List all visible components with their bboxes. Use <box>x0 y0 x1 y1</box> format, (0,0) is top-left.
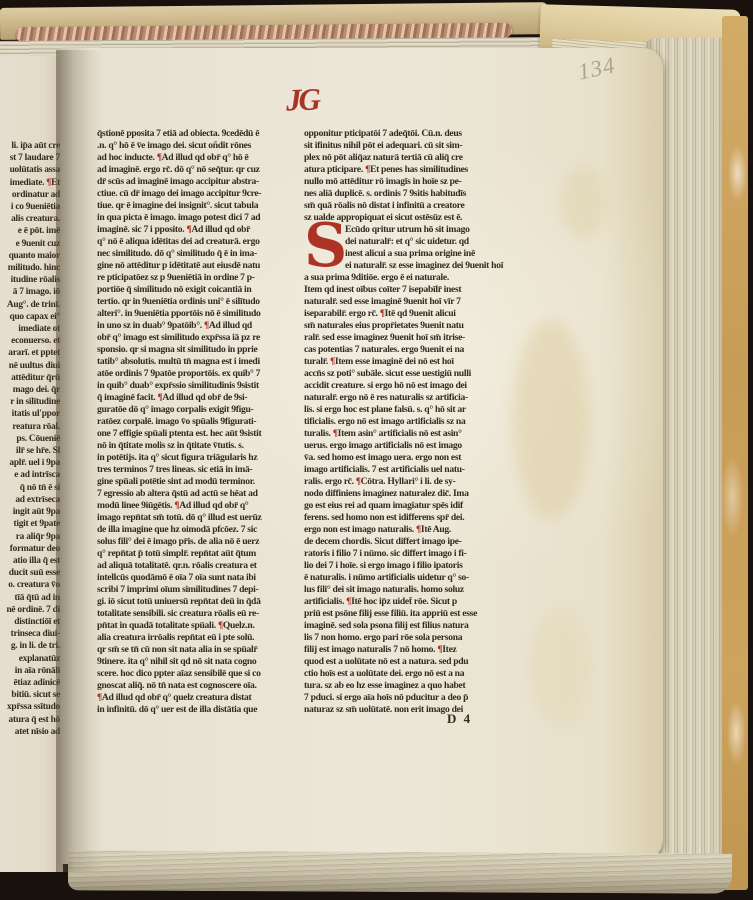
text-line: tatib° absolutis. multū tn̄ magna est i … <box>97 356 305 368</box>
text-line: ingit aūt 9pa <box>0 506 60 518</box>
text-line: naturaz sz sm̄ uolūtatē. non erit imago … <box>304 704 512 716</box>
text-line: ctio hoīs est a uolūtate dei. ergo nō es… <box>304 668 512 680</box>
text-line: gnoscat aliq̄. nō tn̄ nata est cognoscer… <box>97 680 305 692</box>
text-line: uerus. ergo imago artificialis nō est im… <box>304 440 512 452</box>
pilcrow-mark: ¶ <box>330 356 335 367</box>
text-line: Item qd inest oībus coīter 7 isepabīlr̄ … <box>304 284 512 296</box>
text-line: aplr̄. uel i 9pa <box>0 457 60 469</box>
text-line: uolūtatis assa <box>0 164 60 176</box>
text-line: ad extrīseca <box>0 494 60 506</box>
pilcrow-mark: ¶ <box>356 476 361 487</box>
text-line: turalis. ¶Item asin° artificialis nō est… <box>304 428 512 440</box>
right-column-body-lines: Ecūdo qritur utrum hō sit imagodei natur… <box>304 224 512 716</box>
text-line: trinseca diui- <box>0 628 60 640</box>
text-line: ei naturalr̄. sz esse imaginez dei 9ueni… <box>345 260 512 272</box>
text-line: q̄ nō tn̄ ē si <box>0 482 60 494</box>
text-line: inest alicui a sua prima origine inē <box>345 248 512 260</box>
paper-stain <box>512 320 590 520</box>
text-line: go est eius rei ad quam imagiatur spēs i… <box>304 500 512 512</box>
text-line: atōe ordinis 7 9patōe proportōis. ex qui… <box>97 368 305 380</box>
text-line: iseparabilr̄. ergo rc̄. ¶Itē qd 9uenit a… <box>304 308 512 320</box>
text-line: imediate ot <box>0 323 60 335</box>
recto-page: JG 134 q̄stionē pposita 7 etiā ad obiect… <box>60 48 663 864</box>
text-line: ducit suū esse <box>0 567 60 579</box>
text-line: quod est a uolūtate nō est a natura. sed… <box>304 656 512 668</box>
pilcrow-mark: ¶ <box>186 224 191 235</box>
text-line: accidit creature. si ergo hō nō est imag… <box>304 380 512 392</box>
text-line: q° repn̄tat p̄ totū simplr̄. repn̄tat aū… <box>97 548 305 560</box>
facing-page-text-fragments: li. ip̄a aūt crest 7 laudare 7uolūtatis … <box>0 140 60 738</box>
red-quire-mark: JG <box>285 81 318 118</box>
pilcrow-mark: ¶ <box>333 428 338 439</box>
text-line: e ē pōt. imē <box>0 225 60 237</box>
text-line: i co 9ueniētia <box>0 201 60 213</box>
text-line: in aīa rōnāli <box>0 665 60 677</box>
text-line: tīā q̄tū ad in <box>0 592 60 604</box>
text-line: opponitur pticipatōi 7 adeq̄tōi. Cū.n. d… <box>304 128 512 140</box>
text-line: re pticipatōez sz p 9ueniētiā in ordine … <box>97 272 305 284</box>
facing-page-strip: li. ip̄a aūt crest 7 laudare 7uolūtatis … <box>0 56 63 872</box>
text-line: scribi 7 imprimi oīum similitudines 7 de… <box>97 584 305 596</box>
text-line: Ecūdo qritur utrum hō sit imago <box>345 224 512 236</box>
text-line: imago repn̄tat sm̄ totū. dō q° illud est… <box>97 512 305 524</box>
text-line: nē uultus diui <box>0 360 60 372</box>
pilcrow-mark: ¶ <box>346 596 351 607</box>
text-line: ferens. sed homo non est idifferens spr̄… <box>304 512 512 524</box>
text-line: a sua prima 9ditiōe. ergo ē ei naturale. <box>304 272 512 284</box>
text-line: in quib° duab° expr̄ssio similitudinis 9… <box>97 380 305 392</box>
text-line: itatis ul'ppor <box>0 408 60 420</box>
text-line: gine nō attēditur p idētitatē aut eiusdē… <box>97 260 305 272</box>
text-line: ē naturalis. i nūmo artificialis uidetur… <box>304 572 512 584</box>
text-line: in uno sz in duab° 9patōib°. ¶Ad illud q… <box>97 320 305 332</box>
text-line: gine spūali potētie sint ad modū termino… <box>97 476 305 488</box>
text-line: ad hoc inducte. ¶Ad illud qd obr̄ q° hō … <box>97 152 305 164</box>
text-line: nodo diffiniens imaginez naturalez dic̄.… <box>304 488 512 500</box>
pilcrow-mark: ¶ <box>416 524 421 535</box>
text-line: atura pticipare. ¶Et penes has similitud… <box>304 164 512 176</box>
text-line: dei naturalr̄: et q° sic uidetur. qd <box>345 236 512 248</box>
text-line: mago dei. q̄r <box>0 384 60 396</box>
text-line: nullo mō attēditur rō imagīs in hoīe sz … <box>304 176 512 188</box>
pilcrow-mark: ¶ <box>157 392 162 403</box>
pilcrow-mark: ¶ <box>437 644 442 655</box>
text-line: artificialis. ¶Itē hoc ip̄z uidet̄ rōe. … <box>304 596 512 608</box>
text-line: ētiaz adinicē <box>0 677 60 689</box>
text-line: qr sm̄ se tn̄ cū non sit nata alia in se… <box>97 644 305 656</box>
text-line: portiōe q̄ similitudo nō exigit coicanti… <box>97 284 305 296</box>
text-line: ra aliq̄r 9pa <box>0 531 60 543</box>
text-line: tificialis. ergo nō est imago artificial… <box>304 416 512 428</box>
text-line: nō in q̄titate molis sz in q̄titate v̄tu… <box>97 440 305 452</box>
pencil-folio-number: 134 <box>576 52 618 85</box>
page-stack-bottom-edge <box>68 850 732 893</box>
text-line: e ad intrīsca <box>0 469 60 481</box>
text-line: 7 egressio ab altera q̄stū ad actū se hē… <box>97 488 305 500</box>
text-line: ps. Cōueniē <box>0 433 60 445</box>
text-line: accn̄s sz poti° subāle. sicut esse uesti… <box>304 368 512 380</box>
text-line: xpr̄ssa ssītudo <box>0 701 60 713</box>
rubricated-initial-S: S <box>304 224 342 271</box>
text-line: ¶Ad illud qd obr̄ q° quelz creatura dist… <box>97 692 305 704</box>
text-line: tertio. qr in 9ueniētia ordinis uni° ē s… <box>97 296 305 308</box>
text-line: de decem chordis. Sicut differt imago ip… <box>304 536 512 548</box>
text-line: sponsio. qr si magna sit similitudo in p… <box>97 344 305 356</box>
vellum-cover-fore-edge <box>722 16 748 890</box>
text-line: militudo. hinc <box>0 262 60 274</box>
text-column-left: q̄stionē pposita 7 etiā ad obiecta. 9ced… <box>97 128 305 716</box>
text-line: lis 7 non homo. ergo pari rōe sola perso… <box>304 632 512 644</box>
text-line: tigit et 9pate <box>0 518 60 530</box>
text-line: scere. hoc dico ppter aīaz sensibilē que… <box>97 668 305 680</box>
text-line: quanto maior <box>0 250 60 262</box>
text-line: nē ordinē. 7 di <box>0 604 60 616</box>
text-line: filij est imago naturalis 7 nō homo. ¶It… <box>304 644 512 656</box>
text-line: plex nō pōt aliq̄az naturā tertiā cū ali… <box>304 152 512 164</box>
text-line: nec similitudo. dō q° similitudo q̄ ē in… <box>97 248 305 260</box>
text-line: sz ualde appropiquat ei sicut ostēsūz es… <box>304 212 512 224</box>
text-line: guratōe dō q° imago corpalis exigit 9fig… <box>97 404 305 416</box>
text-line: formatur deo <box>0 543 60 555</box>
text-line: cas potentias 7 naturales. ergo 9uenit e… <box>304 344 512 356</box>
text-line: o. creatura v̄o <box>0 579 60 591</box>
text-line: q̄stionē pposita 7 etiā ad obiecta. 9ced… <box>97 128 305 140</box>
text-line: ā 7 imago. iō <box>0 286 60 298</box>
text-line: tura. sz ab eo hz esse imaginez a quo ha… <box>304 680 512 692</box>
text-line: Aug°. de trinī. <box>0 299 60 311</box>
text-line: st 7 laudare 7 <box>0 152 60 164</box>
text-line: ralr̄. sed esse imaginez 9uenit hoī sm̄ … <box>304 332 512 344</box>
pilcrow-mark: ¶ <box>97 692 102 703</box>
text-line: tiue. qr ē imagine dei insignit°. sicut … <box>97 200 305 212</box>
text-line: distinctiōī et <box>0 616 60 628</box>
text-line: alia creatura irrōalis repn̄tat eū i pte… <box>97 632 305 644</box>
text-line: pn̄tat in quadā totalitate spūali. ¶Quel… <box>97 620 305 632</box>
pilcrow-mark: ¶ <box>365 164 370 175</box>
text-line: nes aliā duplicē. s. ordinis 7 9sitis ha… <box>304 188 512 200</box>
text-line: reatura rōal. <box>0 421 60 433</box>
text-line: ctiue. cū dr̄ imago dei imago accipitur … <box>97 188 305 200</box>
text-line: bitiū. sicut se <box>0 689 60 701</box>
text-line: imaginē. sic 7 i pposito. ¶Ad illud qd o… <box>97 224 305 236</box>
text-line: .n. q° hō ē v̄e imago dei. sicut oñdit r… <box>97 140 305 152</box>
text-line: one 7 effigie spūali ptenta est. hec aūt… <box>97 428 305 440</box>
text-line: dr̄ scūs ad imaginē imago accipitur abst… <box>97 176 305 188</box>
text-line: sm̄ quā rōalis nō distat i infinitū a cr… <box>304 200 512 212</box>
paper-stain <box>560 168 606 238</box>
text-line: intellcūs quodāmō ē oīa 7 oīa sunt nata … <box>97 572 305 584</box>
text-line: imago artificialis. 7 est artificialis u… <box>304 464 512 476</box>
text-line: e 9uenit cuz <box>0 238 60 250</box>
text-line: sit ifinitus nihil pōt ei adequari. cū s… <box>304 140 512 152</box>
text-line: lio dei 7 i hoīe. si ergo imago i filio … <box>304 560 512 572</box>
text-line: 7 pduci. si ergo aīa hoīs nō pducitur a … <box>304 692 512 704</box>
text-line: de illa imagine que hz oimodā pfcōez. 7 … <box>97 524 305 536</box>
text-line: r in silītudine <box>0 396 60 408</box>
text-line: ratōez corpalē. imago v̄o spūalis 9figur… <box>97 416 305 428</box>
text-line: lus fili° dei sit imago naturalis. homo … <box>304 584 512 596</box>
right-column-top-lines: opponitur pticipatōi 7 adeq̄tōi. Cū.n. d… <box>304 128 512 224</box>
text-line: ilr̄ se hr̄e. Sl <box>0 445 60 457</box>
text-line: alis creatura. <box>0 213 60 225</box>
text-line: econuerso. et <box>0 335 60 347</box>
text-line: 9tinere. ita q° nihil sit qd nō sit nata… <box>97 656 305 668</box>
pilcrow-mark: ¶ <box>174 500 179 511</box>
text-line: ad imaginē. ergo rc̄. dō q° nō seq̄tur. … <box>97 164 305 176</box>
text-line: imaginē. sed sola psona filij est filius… <box>304 620 512 632</box>
text-line: ralis. ergo rc̄. ¶Cōtra. Hyllari° i li. … <box>304 476 512 488</box>
text-line: v̄a. sed homo est imago uera. ergo non e… <box>304 452 512 464</box>
text-line: gi. iō sicut totū uniuersū repn̄tat deū … <box>97 596 305 608</box>
quire-signature-mark: D 4 <box>447 711 472 727</box>
text-line: totalitate sensibili. sic creatura rōali… <box>97 608 305 620</box>
text-line: obr̄ q° imago est similitudo expr̄ssa iā… <box>97 332 305 344</box>
text-line: q̄ imaginē facit. ¶Ad illud qd obr̄ de 9… <box>97 392 305 404</box>
text-line: alteri°. in 9ueniētia pportōis nō ē simi… <box>97 308 305 320</box>
text-line: lis. si ergo hoc est plane falsū. s. q° … <box>304 404 512 416</box>
text-line: atet nīsio ad <box>0 726 60 738</box>
text-line: g. in li. de tri. <box>0 640 60 652</box>
pilcrow-mark: ¶ <box>157 152 162 163</box>
text-line: tres terminos 7 tres lineas. sic etiā in… <box>97 464 305 476</box>
text-line: in qua picta ē imago. imago potest dici … <box>97 212 305 224</box>
text-line: in potētijs. ita q° sicut figura triāgul… <box>97 452 305 464</box>
text-line: ad aliquā totalitatē. qr.n. rōalis creat… <box>97 560 305 572</box>
text-line: attēditur q̄rū <box>0 372 60 384</box>
text-line: priū est psōne filij esse filiū. ita app… <box>304 608 512 620</box>
text-line: q° nō ē aliqua idētitas dei ad creaturā.… <box>97 236 305 248</box>
text-line: in infinitū. dō q° uer est de illa distā… <box>97 704 305 716</box>
text-line: explanatūz <box>0 653 60 665</box>
text-line: turalr̄. ¶Item esse imaginē dei nō est h… <box>304 356 512 368</box>
text-line: solus fili° dei ē imago pr̄is. de alia n… <box>97 536 305 548</box>
text-line: quo capax ei° <box>0 311 60 323</box>
text-line: sm̄ naturales eius propr̄ietates 9uenit … <box>304 320 512 332</box>
pilcrow-mark: ¶ <box>46 178 51 188</box>
text-line: ararī. et pptet <box>0 347 60 359</box>
text-line: ordinatur ad <box>0 189 60 201</box>
pilcrow-mark: ¶ <box>218 620 223 631</box>
text-line: modū linee 9iūgētis. ¶Ad illud qd obr̄ q… <box>97 500 305 512</box>
text-line: li. ip̄a aūt cre <box>0 140 60 152</box>
text-line: ratoris i filio 7 i nūmo. sic differt im… <box>304 548 512 560</box>
text-line: naturalr̄. sed esse imaginē 9uenit hoī v… <box>304 296 512 308</box>
text-line: naturalr̄. ergo nō ē res naturalis sz ar… <box>304 392 512 404</box>
text-column-right: opponitur pticipatōi 7 adeq̄tōi. Cū.n. d… <box>304 128 512 716</box>
pilcrow-mark: ¶ <box>204 320 209 331</box>
text-line: imediate. ¶Et <box>0 177 60 189</box>
text-line: atura q̄ est hō <box>0 714 60 726</box>
text-line: atio illa q̄ est <box>0 555 60 567</box>
text-line: itudine rōalis <box>0 274 60 286</box>
pilcrow-mark: ¶ <box>380 308 385 319</box>
paper-stain <box>530 608 590 728</box>
text-line: ergo non est imago naturalis. ¶Itē Aug. <box>304 524 512 536</box>
